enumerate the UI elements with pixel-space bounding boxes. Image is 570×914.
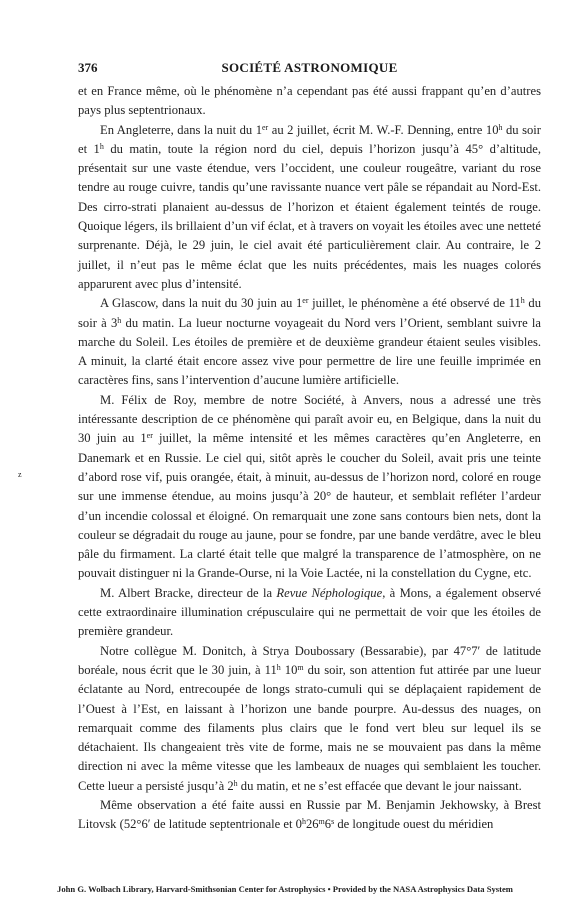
page-header: 376 SOCIÉTÉ ASTRONOMIQUE: [78, 60, 541, 78]
superscript: m: [319, 817, 325, 826]
paragraph: A Glascow, dans la nuit du 30 juin au 1e…: [78, 294, 541, 390]
superscript: h: [521, 296, 525, 305]
paragraph: Notre collègue M. Donitch, à Strya Doubo…: [78, 642, 541, 796]
journal-title: Revue Néphologique: [276, 586, 382, 600]
superscript: h: [117, 316, 121, 325]
paragraph: Même observation a été faite aussi en Ru…: [78, 796, 541, 835]
paragraph: et en France même, où le phénomène n’a c…: [78, 82, 541, 121]
paragraph: M. Félix de Roy, membre de notre Société…: [78, 391, 541, 584]
superscript: h: [234, 779, 238, 788]
superscript: er: [302, 296, 308, 305]
running-title: SOCIÉTÉ ASTRONOMIQUE: [78, 60, 541, 76]
superscript: h: [499, 123, 503, 132]
superscript: h: [302, 817, 306, 826]
superscript: s: [331, 817, 334, 826]
paragraph: M. Albert Bracke, directeur de la Revue …: [78, 584, 541, 642]
footer-attribution: John G. Wolbach Library, Harvard-Smithso…: [0, 884, 570, 894]
paragraph: En Angleterre, dans la nuit du 1er au 2 …: [78, 121, 541, 295]
superscript: m: [297, 663, 303, 672]
margin-mark: z: [18, 470, 22, 479]
body-text: et en France même, où le phénomène n’a c…: [78, 82, 541, 835]
superscript: h: [100, 142, 104, 151]
superscript: h: [277, 663, 281, 672]
superscript: er: [147, 431, 153, 440]
superscript: er: [262, 123, 268, 132]
